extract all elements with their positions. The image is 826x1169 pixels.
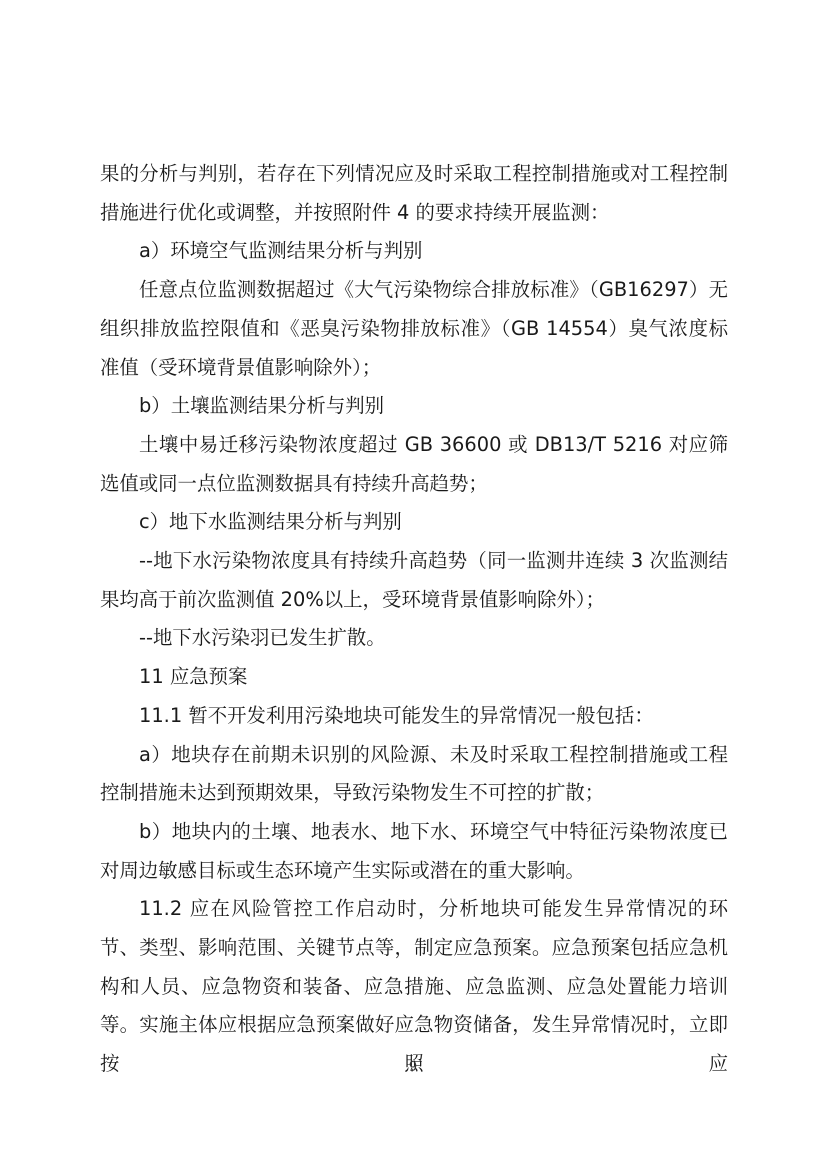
paragraph-groundwater-plume: --地下水污染羽已发生扩散。 [100, 619, 728, 658]
paragraph-11-1: 11.1 暂不开发利用污染地块可能发生的异常情况一般包括： [100, 697, 728, 736]
section-heading-emergency-plan: 11 应急预案 [100, 658, 728, 697]
paragraph-continuation: 果的分析与判别，若存在下列情况应及时采取工程控制措施或对工程控制措施进行优化或调… [100, 155, 728, 232]
paragraph-11-2: 11.2 应在风险管控工作启动时，分析地块可能发生异常情况的环节、类型、影响范围… [100, 890, 728, 1084]
subheading-groundwater-monitoring: c）地下水监测结果分析与判别 [100, 503, 728, 542]
paragraph-groundwater-trend: --地下水污染物浓度具有持续升高趋势（同一监测井连续 3 次监测结果均高于前次监… [100, 542, 728, 619]
subheading-air-monitoring: a）环境空气监测结果分析与判别 [100, 232, 728, 271]
subheading-soil-monitoring: b）土壤监测结果分析与判别 [100, 387, 728, 426]
paragraph-11-1-b: b）地块内的土壤、地表水、地下水、环境空气中特征污染物浓度已对周边敏感目标或生态… [100, 813, 728, 890]
document-body: 果的分析与判别，若存在下列情况应及时采取工程控制措施或对工程控制措施进行优化或调… [100, 155, 728, 1084]
paragraph-11-1-a: a）地块存在前期未识别的风险源、未及时采取工程控制措施或工程控制措施未达到预期效… [100, 736, 728, 813]
paragraph-air-criteria: 任意点位监测数据超过《大气污染物综合排放标准》（GB16297）无组织排放监控限… [100, 271, 728, 387]
paragraph-soil-criteria: 土壤中易迁移污染物浓度超过 GB 36600 或 DB13/T 5216 对应筛… [100, 426, 728, 503]
page-number: 9 [0, 1060, 826, 1075]
